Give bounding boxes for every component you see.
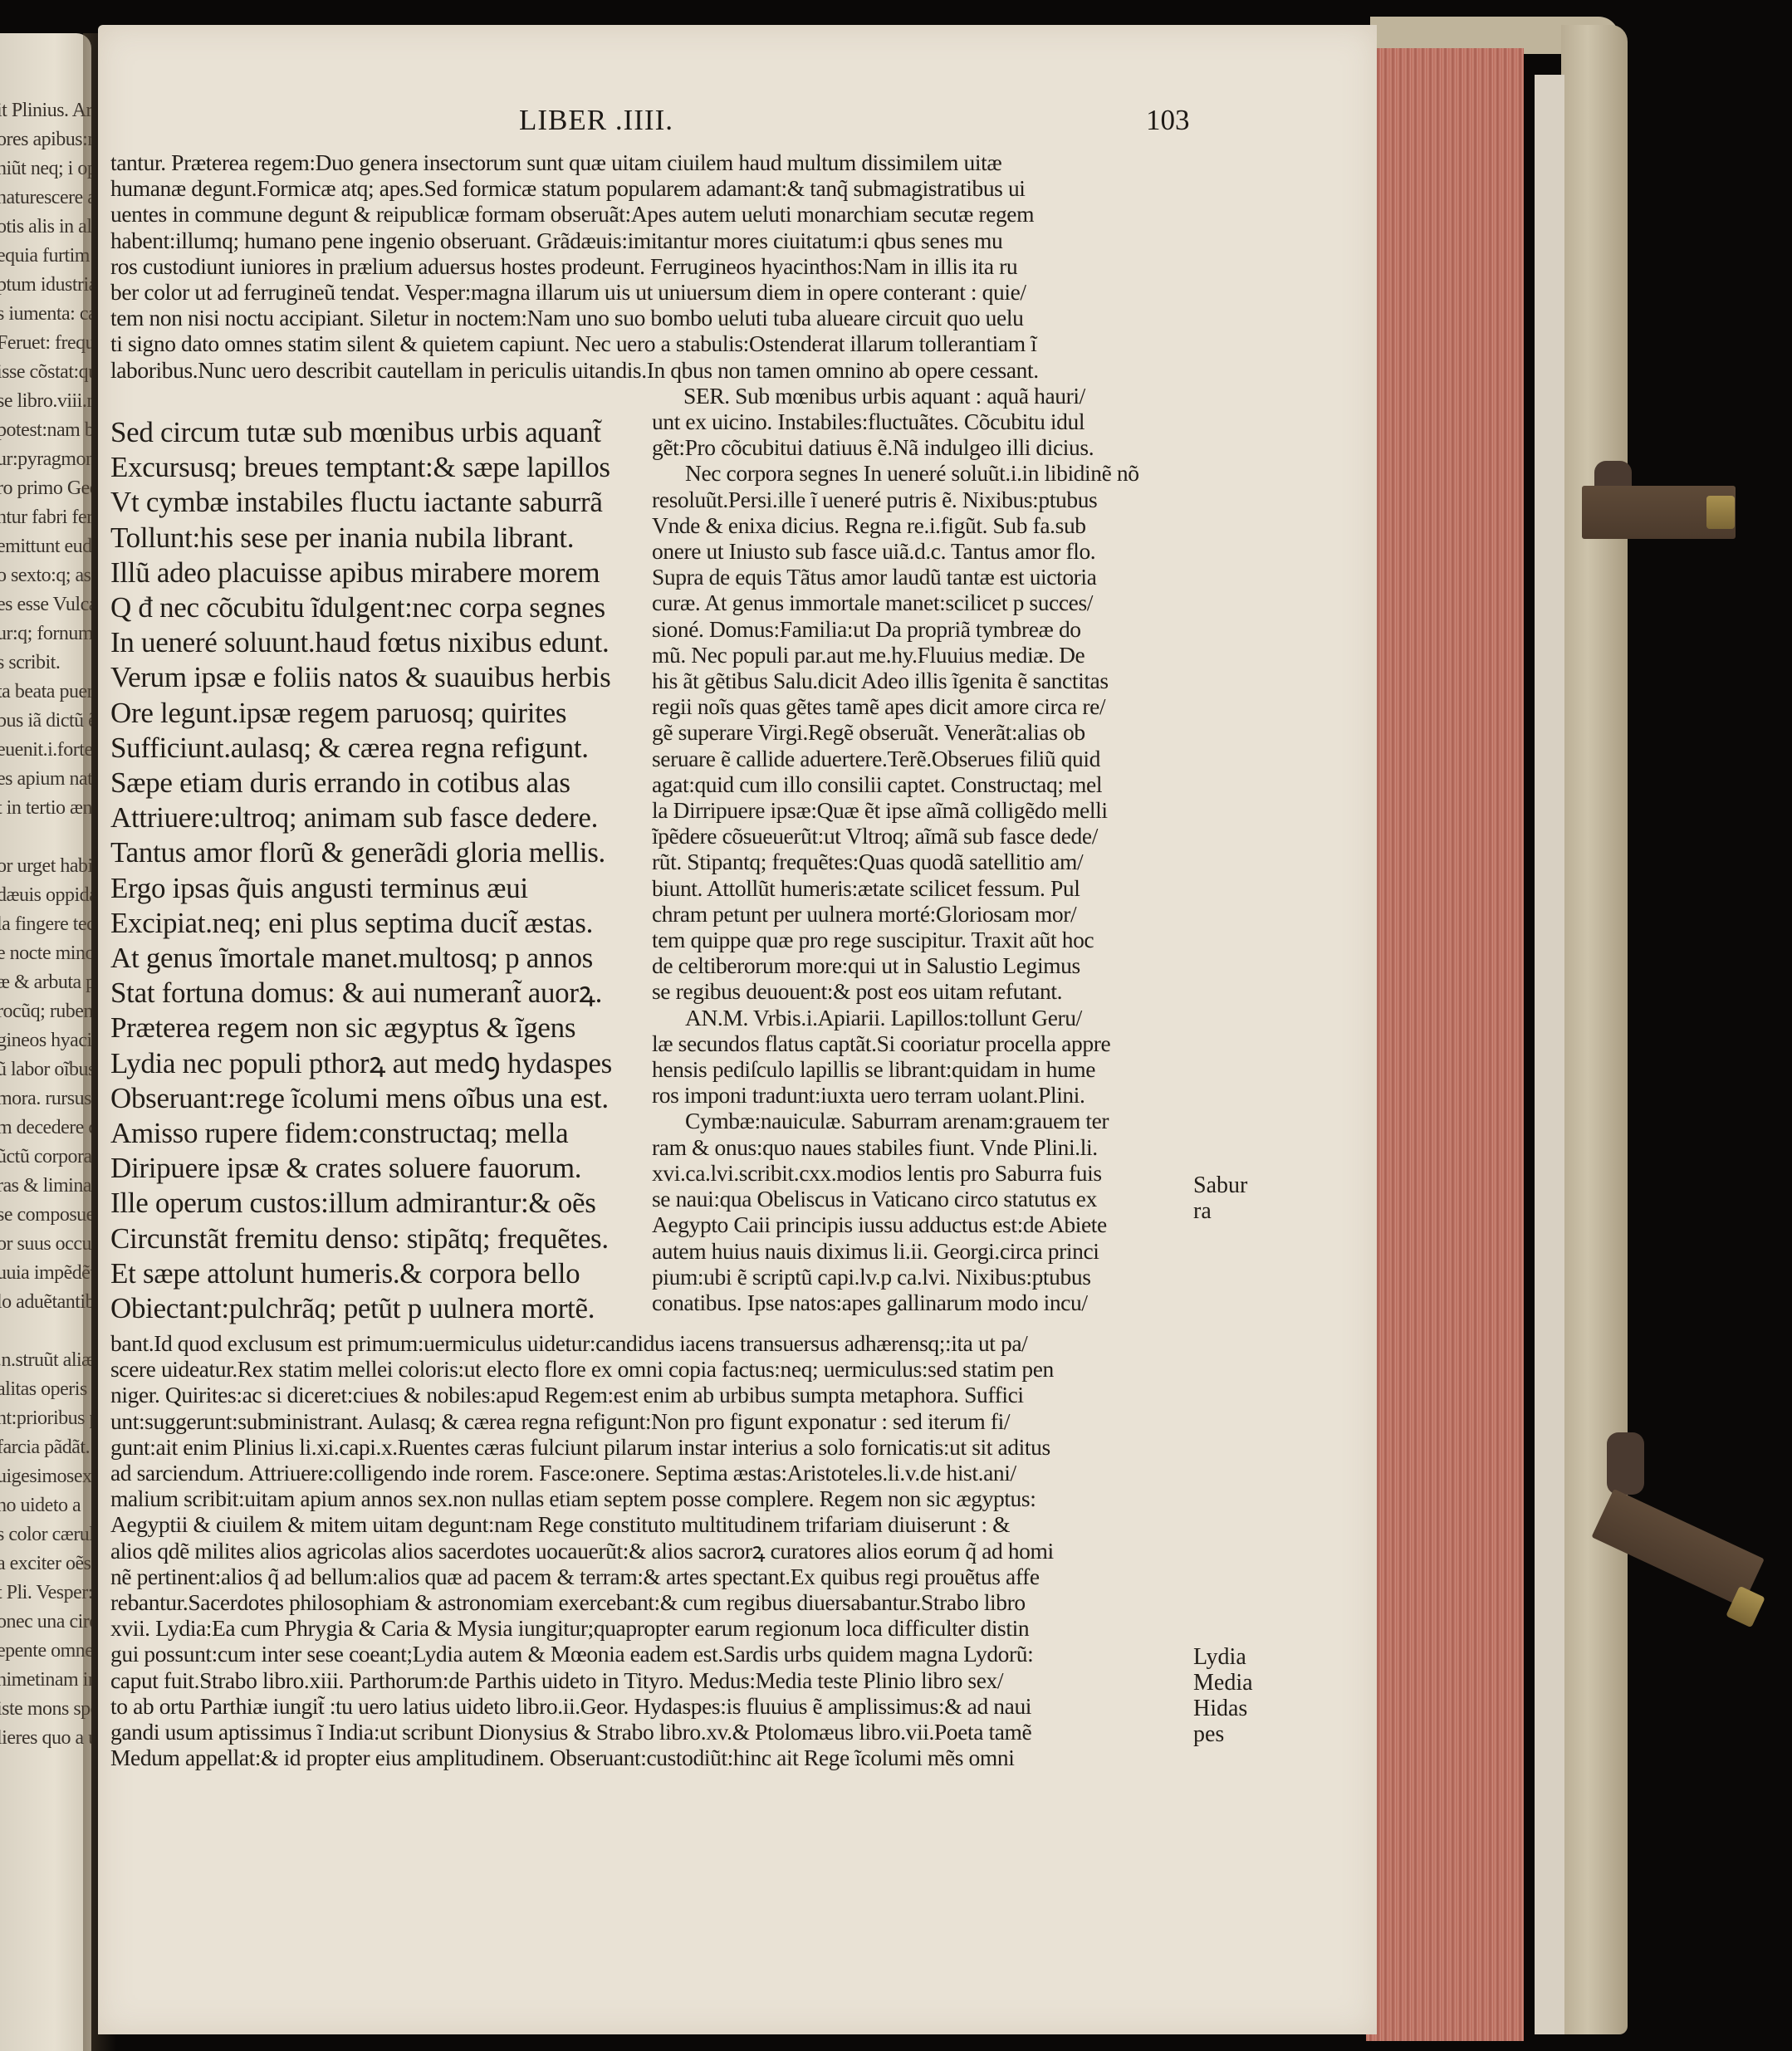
left-page-text-fragment: isse cõstat:quo (0, 361, 91, 384)
text-line: Stat fortuna domus: & aui numerant̃ auor… (110, 976, 642, 1011)
text-line: ram & onus:quo naues stabiles fiunt. Vnd… (652, 1134, 1192, 1160)
text-line: Verum ipsæ e foliis natos & suauibus her… (110, 660, 642, 695)
text-line: Attriuere:ultroq; animam sub fasce deder… (110, 800, 642, 835)
left-page-text-fragment: gineos hyacithos. (0, 1030, 91, 1052)
text-line: Vt cymbæ instabiles fluctu iactante sabu… (110, 485, 642, 520)
text-line: xvii. Lydia:Ea cum Phrygia & Caria & Mys… (110, 1615, 1190, 1641)
text-line: ber color ut ad ferrugineũ tendat. Vespe… (110, 279, 1190, 305)
left-page-text-fragment: se composuere: si (0, 1204, 91, 1226)
text-line: Excursusq; breues temptant:& sæpe lapill… (110, 450, 642, 485)
left-page-text-fragment: a exciter oẽs (0, 1553, 91, 1575)
marginal-note-saburra: Saburra (1193, 1172, 1247, 1224)
text-line: Circunstãt fremitu denso: stipãtq; frequ… (110, 1221, 642, 1256)
text-line: Excipiat.neq; eni plus septima ducit̃ æs… (110, 906, 642, 941)
text-line: habent:illumq; humano pene ingenio obser… (110, 228, 1190, 253)
text-line: tem non nisi noctu accipiant. Siletur in… (110, 305, 1190, 330)
marginal-note-line: Sabur (1193, 1172, 1247, 1198)
text-line: Præterea regem non sic ægyptus & ĩgens (110, 1011, 642, 1045)
lower-clasp-anchor-icon (1607, 1432, 1644, 1495)
left-page-text-fragment: dæuis oppida (0, 884, 91, 907)
left-page-text-fragment: o sexto:q; asseri (0, 565, 91, 587)
left-page-text-fragment: uigesimosex (0, 1466, 91, 1488)
text-line: regii noĩs quas gẽtes tamẽ apes dicit am… (652, 693, 1192, 719)
text-line: unt ex uicino. Instabiles:fluctuãtes. Cõ… (652, 409, 1192, 434)
text-line: ti signo dato omnes statim silent & quie… (110, 330, 1190, 356)
left-page-text-fragment: ur:q; fornum ides (0, 623, 91, 645)
text-line: ros custodiunt iuniores in prælium aduer… (110, 253, 1190, 279)
left-page-text-fragment: naturescere ab (0, 187, 91, 209)
left-page-text-fragment: s color cæruleus (0, 1524, 91, 1546)
text-line: agat:quid cum illo consilii captet. Cons… (652, 771, 1192, 797)
text-line: pium:ubi ẽ scriptũ capi.lv.p ca.lvi. Nix… (652, 1264, 1192, 1290)
left-page-text-fragment: se libro.viii.m (0, 390, 91, 413)
text-line: Q đ nec cõcubitu ĩdulgent:nec corpa segn… (110, 590, 642, 625)
marginal-note-line: Media (1193, 1670, 1253, 1696)
left-page-text-fragment: ptum idustria (0, 274, 91, 296)
left-page-text-fragment: ta beata puenit.V (0, 681, 91, 703)
text-line: SER. Sub mœnibus urbis aquant : aquã hau… (110, 383, 1190, 409)
text-line: Lydia nec populi pthorꝝ aut medꝯ hydaspe… (110, 1046, 642, 1081)
left-page-text-fragment: m decedere campi (0, 1117, 91, 1139)
facing-left-page: it Plinius. Arores apibus:noniũt neq; i … (0, 33, 91, 2051)
left-page-text-fragment: equia furtim d (0, 245, 91, 267)
left-page-text-fragment: euenit.i.forte q (0, 739, 91, 761)
left-page-text-fragment: s scribit. (0, 652, 60, 674)
text-line: caput fuit.Strabo libro.xiii. Parthorum:… (110, 1667, 1190, 1693)
left-page-text-fragment: iste mons specie quadam (0, 1698, 91, 1721)
red-sprinkled-fore-edge (1366, 48, 1524, 2041)
text-line: niger. Quirites:ac si diceret:ciues & no… (110, 1382, 1190, 1407)
left-page-text-fragment: potest:nam br (0, 419, 91, 442)
endleaf-edge (1535, 75, 1564, 2034)
left-page-text-fragment: es esse Vulcani m (0, 594, 91, 616)
left-page-text-fragment: uuia impẽdẽte noct (0, 1262, 91, 1285)
text-line: alios qdẽ milites alios agricolas alios … (110, 1538, 1190, 1564)
left-page-text-fragment: lieres quo a uiris ardẽtius (0, 1727, 91, 1750)
left-page-text-fragment: or urget habi (0, 855, 91, 878)
left-page-text-fragment: ro primo Geo (0, 477, 91, 500)
text-line: biunt. Attollũt humeris:ætate scilicet f… (652, 875, 1192, 901)
running-head: LIBER .IIII. (519, 104, 673, 137)
left-page-text-fragment: .n.struũt aliæ fugen (0, 1349, 91, 1372)
text-line: his ãt gẽtibus Salu.dicit Adeo illis ĩge… (652, 668, 1192, 693)
text-line: bant.Id quod exclusum est primum:uermicu… (110, 1330, 1190, 1356)
text-line: Diripuere ipsæ & crates soluere fauorum. (110, 1151, 642, 1186)
upper-clasp-brass-tip-icon (1706, 496, 1735, 529)
bottom-commentary: bant.Id quod exclusum est primum:uermicu… (110, 1330, 1190, 1770)
text-line: Ille operum custos:illum admirantur:& oẽ… (110, 1186, 642, 1221)
text-line: rũt. Stipantq; frequẽtes:Quas quodã sate… (652, 849, 1192, 874)
folio-number: 103 (1146, 104, 1190, 137)
left-page-text-fragment: ũ labor oĩbus unus (0, 1059, 91, 1081)
left-page-text-fragment: Feruet: frequ (0, 332, 91, 355)
left-page-text-fragment: t Pli. Vesper: uideto (0, 1582, 91, 1604)
text-line: Vnde & enixa dicius. Regna re.i.figũt. S… (652, 512, 1192, 538)
text-line: gẽ superare Virgi.Regẽ obseruãt. Venerãt… (652, 719, 1192, 745)
text-line: tantur. Præterea regem:Duo genera insect… (110, 149, 1190, 175)
text-line: Et sæpe attolunt humeris.& corpora bello (110, 1256, 642, 1291)
text-line: hensis pediſculo lapillis se librant:qui… (652, 1056, 1192, 1082)
text-line: Sed circum tutæ sub mœnibus urbis aquant… (110, 415, 642, 450)
left-page-text-fragment: e nocte minores (0, 942, 91, 965)
left-page-text-fragment: epente omnes contice (0, 1640, 91, 1662)
left-page-text-fragment: alitas operis au (0, 1378, 91, 1401)
text-line: curæ. At genus immortale manet:scilicet … (652, 590, 1192, 615)
left-page-text-fragment: emittunt eudem (0, 536, 91, 558)
text-line: unt:suggerunt:subministrant. Aulasq; & c… (110, 1408, 1190, 1434)
left-page-text-fragment: es apium natur (0, 768, 91, 791)
text-line: Aegyptii & ciuilem & mitem uitam degunt:… (110, 1511, 1190, 1537)
left-page-text-fragment: ntur fabri ferra (0, 507, 91, 529)
top-commentary: tantur. Præterea regem:Duo genera insect… (110, 149, 1190, 409)
left-page-text-fragment: nt:prioribus pedib (0, 1407, 91, 1430)
text-line: Illũ adeo placuisse apibus mirabere more… (110, 556, 642, 590)
left-page-text-fragment: ho uideto a (0, 1495, 81, 1517)
text-line: conatibus. Ipse natos:apes gallinarum mo… (652, 1290, 1192, 1315)
text-line: Aegypto Caii principis iussu adductus es… (652, 1212, 1192, 1237)
text-line: laboribus.Nunc uero describit cautellam … (110, 357, 1190, 383)
text-line: Tollunt:his sese per inania nubila libra… (110, 521, 642, 556)
left-page-text-fragment: onec una circuiro (0, 1611, 91, 1633)
text-line: ad sarciendum. Attriuere:colligendo inde… (110, 1460, 1190, 1486)
text-line: læ secundos flatus captãt.Si cooriatur p… (652, 1030, 1192, 1056)
left-page-text-fragment: s iumenta: cæ (0, 303, 91, 326)
text-line: Ore legunt.ipsæ regem paruosq; quirites (110, 696, 642, 731)
text-line: ĩpẽdere cõsueuerũt:ut Vltroq; aĩmã sub f… (652, 823, 1192, 849)
left-page-text-fragment: rocũq; rubentem: (0, 1001, 91, 1023)
text-line: to ab ortu Parthiæ iungit̃ :tu uero lati… (110, 1693, 1190, 1719)
left-page-text-fragment: or suus occupat am (0, 1233, 91, 1256)
text-line: Sufficiunt.aulasq; & cærea regna refigun… (110, 731, 642, 766)
text-line: Medum appellat:& id propter eius amplitu… (110, 1745, 1190, 1770)
left-page-text-fragment: æ & arbuta passim (0, 972, 91, 994)
text-line: In ueneré soluunt.haud fœtus nixibus edu… (110, 625, 642, 660)
left-page-text-fragment: ores apibus:no (0, 129, 91, 151)
left-page-text-fragment: ras & limina circu (0, 1175, 91, 1197)
text-line: sioné. Domus:Familia:ut Da propriã tymbr… (652, 616, 1192, 642)
text-line: onere ut Iniusto sub fasce uiã.d.c. Tant… (652, 538, 1192, 564)
marginal-note-line: pes (1193, 1721, 1253, 1747)
text-line: Amisso rupere fidem:constructaq; mella (110, 1116, 642, 1151)
text-line: gunt:ait enim Plinius li.xi.capi.x.Ruent… (110, 1434, 1190, 1460)
left-page-text-fragment: farcia pãdãt. (0, 1437, 90, 1459)
text-line: uentes in commune degunt & reipublicæ fo… (110, 201, 1190, 227)
text-line: At genus ĩmortale manet.multosq; p annos (110, 941, 642, 976)
verse-column: Sed circum tutæ sub mœnibus urbis aquant… (110, 415, 642, 1326)
text-line: gandi usum aptissimus ĩ India:ut scribun… (110, 1719, 1190, 1745)
marginal-note-line: ra (1193, 1198, 1247, 1224)
text-line: tem quippe quæ pro rege suscipitur. Trax… (652, 927, 1192, 952)
text-line: xvi.ca.lvi.scribit.cxx.modios lentis pro… (652, 1160, 1192, 1186)
text-line: scere uideatur.Rex statim mellei coloris… (110, 1356, 1190, 1382)
left-page-text-fragment: otis alis in aluei (0, 216, 91, 238)
marginal-note-line: Hidas (1193, 1696, 1253, 1721)
text-line: nẽ pertinent:alios q̃ ad bellum:alios qu… (110, 1564, 1190, 1589)
text-line: autem huius nauis diximus li.ii. Georgi.… (652, 1238, 1192, 1264)
text-line: de celtiberorum more:qui ut in Salustio … (652, 952, 1192, 978)
left-page-text-fragment: ũctũ corpora cura (0, 1146, 91, 1168)
marginal-note-lydia-media-hidaspes: LydiaMediaHidaspes (1193, 1644, 1253, 1747)
left-page-text-fragment: la fingere tecta. (0, 913, 91, 936)
text-line: Obiectant:pulchrãq; petũt p uulnera mort… (110, 1291, 642, 1326)
vellum-cover-edge (1561, 25, 1628, 2034)
left-page-text-fragment: mora. rursus easdẽ (0, 1088, 91, 1110)
text-line: ros imponi tradunt:iuxta uero terram uol… (652, 1082, 1192, 1108)
text-line: la Dirripuere ipsæ:Quæ ẽt ipse aĩmã coll… (652, 797, 1192, 823)
text-line: Nec corpora segnes In ueneré soluũt.i.in… (652, 460, 1192, 486)
text-line: malium scribit:uitam apium annos sex.non… (110, 1486, 1190, 1511)
left-page-text-fragment: himetinam in himero m (0, 1669, 91, 1691)
text-line: mũ. Nec populi par.aut me.hy.Fluuius med… (652, 642, 1192, 668)
text-line: Supra de equis Tãtus amor laudũ tantæ es… (652, 564, 1192, 590)
marginal-note-line: Lydia (1193, 1644, 1253, 1670)
left-page-text-fragment: t in tertio æni (0, 797, 91, 820)
text-line: humanæ degunt.Formicæ atq; apes.Sed form… (110, 175, 1190, 201)
text-line: se naui:qua Obeliscus in Vaticano circo … (652, 1186, 1192, 1212)
text-line: seruare ẽ callide aduertere.Terẽ.Obserue… (652, 746, 1192, 771)
text-line: Cymbæ:nauiculæ. Saburram arenam:grauem t… (652, 1108, 1192, 1133)
text-line: Sæpe etiam duris errando in cotibus alas (110, 766, 642, 800)
text-line: resoluũt.Persi.ille ĩ ueneré putris ẽ. N… (652, 487, 1192, 512)
left-page-text-fragment: niũt neq; i ope (0, 158, 91, 180)
text-line: AN.M. Vrbis.i.Apiarii. Lapillos:tollunt … (652, 1005, 1192, 1030)
text-line: chram petunt per uulnera morté:Gloriosam… (652, 901, 1192, 927)
text-line: Ergo ipsas q̃uis angusti terminus æui (110, 871, 642, 906)
left-page-text-fragment: lo aduẽtantibus co (0, 1291, 91, 1314)
text-line: Tantus amor florũ & generãdi gloria mell… (110, 835, 642, 870)
side-commentary: unt ex uicino. Instabiles:fluctuãtes. Cõ… (652, 409, 1192, 1315)
left-page-text-fragment: bus iã dictũ ẽ. E (0, 710, 91, 732)
text-line: rebantur.Sacerdotes philosophiam & astro… (110, 1589, 1190, 1615)
left-page-text-fragment: ur:pyragmon (0, 448, 91, 471)
text-line: gẽt:Pro cõcubitui datiuus ẽ.Nã indulgeo … (652, 434, 1192, 460)
text-line: gui possunt:cum inter sese coeant;Lydia … (110, 1641, 1190, 1667)
text-line: se regibus deuouent:& post eos uitam ref… (652, 978, 1192, 1004)
text-line: Obseruant:rege ĩcolumi mens oĩbus una es… (110, 1081, 642, 1116)
left-page-text-fragment: it Plinius. Ar (0, 100, 91, 122)
